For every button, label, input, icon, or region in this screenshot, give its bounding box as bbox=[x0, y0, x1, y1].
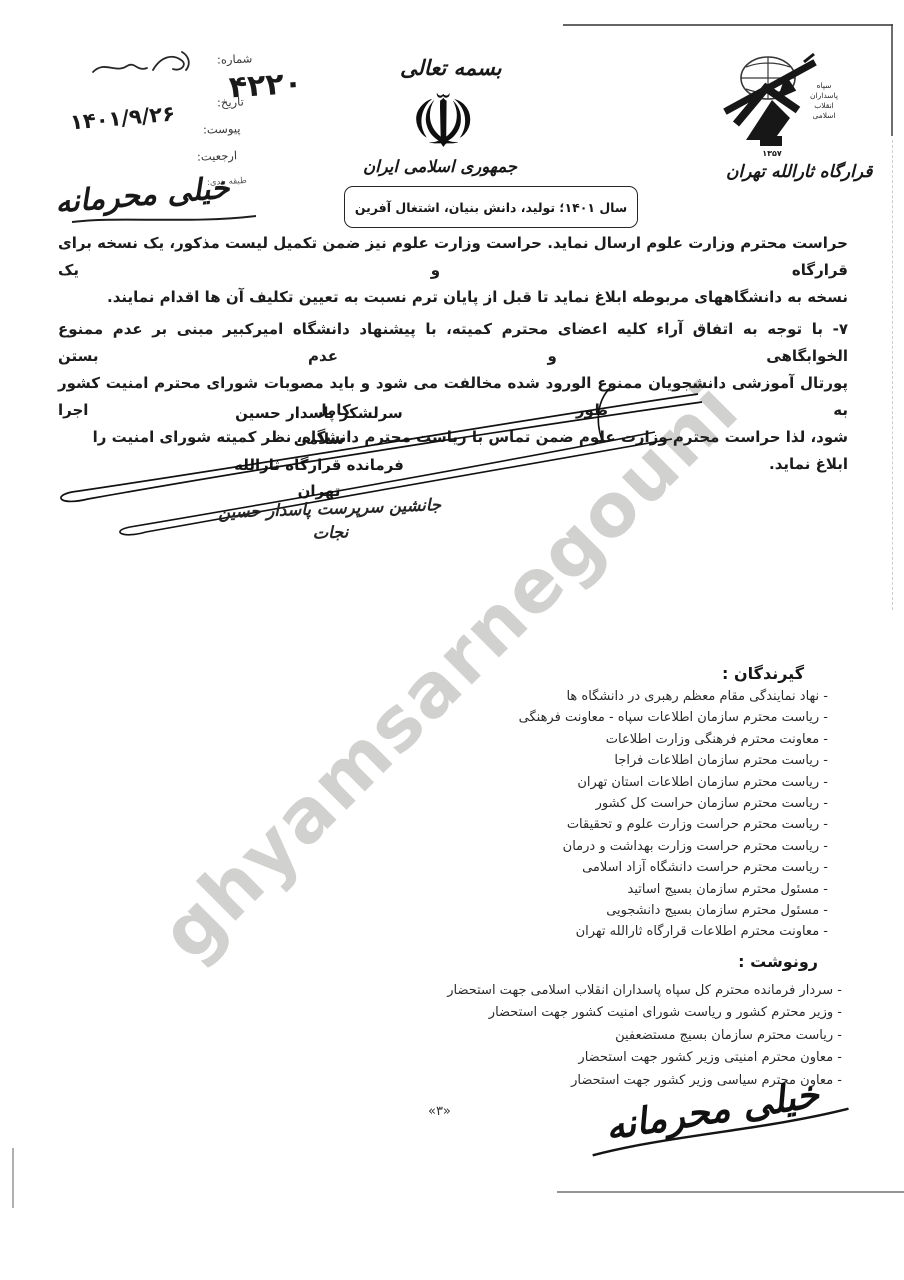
year-slogan-text: سال ۱۴۰۱؛ تولید، دانش بنیان، اشتغال آفری… bbox=[355, 200, 627, 215]
cc-item: - معاون محترم امنیتی وزیر کشور جهت استحض… bbox=[447, 1047, 842, 1069]
attachment-field-label: پیوست: bbox=[202, 121, 240, 136]
bismillah-text: بسمه تعالی bbox=[400, 56, 502, 80]
page-number: «۳» bbox=[428, 1104, 451, 1119]
handwritten-deputy-note: جانشین سرپرست پاسدار حسین نجات bbox=[204, 493, 456, 550]
cc-item: - سردار فرمانده محترم کل سپاه پاسداران ا… bbox=[447, 980, 842, 1002]
cc-list: - سردار فرمانده محترم کل سپاه پاسداران ا… bbox=[447, 980, 842, 1092]
hq-name: قرارگاه ثارالله تهران bbox=[726, 162, 872, 182]
right-margin-dashes bbox=[892, 140, 893, 610]
handwritten-scribble bbox=[85, 42, 200, 82]
recipient-item: - معاونت محترم فرهنگی وزارت اطلاعات bbox=[519, 729, 828, 750]
recipient-item: - ریاست محترم حراست وزارت علوم و تحقیقات bbox=[519, 814, 828, 835]
recipient-item: - نهاد نمایندگی مقام معظم رهبری در دانشگ… bbox=[519, 686, 828, 707]
recipient-item: - ریاست محترم سازمان اطلاعات فراجا bbox=[519, 750, 828, 771]
bottom-rule-line bbox=[557, 1191, 904, 1193]
cc-item: - ریاست محترم سازمان بسیج مستضعفین bbox=[447, 1025, 842, 1047]
recipient-item: - ریاست محترم سازمان حراست کل کشور bbox=[519, 793, 828, 814]
recipient-item: - ریاست محترم حراست دانشگاه آزاد اسلامی bbox=[519, 857, 828, 878]
irgc-year-1357: ۱۳۵۷ bbox=[762, 149, 782, 158]
irgc-logo-icon: سپاه پاسداران انقلاب اسلامی ۱۳۵۷ bbox=[716, 48, 866, 160]
iran-emblem-icon: ☫ bbox=[410, 86, 476, 158]
date-handwritten: ۱۴۰۱/۹/۲۶ bbox=[69, 101, 176, 134]
irgc-word-pasdaran: پاسداران bbox=[810, 91, 838, 100]
priority-field-label: ارجعیت: bbox=[197, 148, 238, 163]
left-edge-mark bbox=[12, 1148, 14, 1208]
top-border-line bbox=[563, 24, 893, 26]
recipients-heading: گیرندگان : bbox=[722, 664, 804, 683]
cc-heading: رونوشت : bbox=[738, 952, 818, 971]
date-field-label: تاریخ: bbox=[217, 95, 244, 110]
year-slogan-box: سال ۱۴۰۱؛ تولید، دانش بنیان، اشتغال آفری… bbox=[344, 186, 638, 228]
body-line: حراست محترم وزارت علوم ارسال نماید. حراس… bbox=[58, 230, 848, 284]
recipients-list: - نهاد نمایندگی مقام معظم رهبری در دانشگ… bbox=[519, 686, 828, 943]
irgc-word-eslami: اسلامی bbox=[812, 111, 835, 120]
recipient-item: - ریاست محترم سازمان اطلاعات استان تهران bbox=[519, 772, 828, 793]
number-field-label: شماره: bbox=[217, 51, 253, 66]
right-border-line bbox=[891, 24, 893, 136]
recipient-item: - معاونت محترم اطلاعات قرارگاه ثارالله ت… bbox=[519, 921, 828, 942]
scanned-letter-page: ghyamsarnegouni شماره: ۴۲۲۰ تاریخ: ۱۴۰۱/… bbox=[0, 0, 904, 1280]
body-line: ۷- با توجه به اتفاق آراء کلیه اعضای محتر… bbox=[58, 316, 848, 370]
classification-underline-flourish bbox=[70, 212, 260, 228]
irgc-word-sepah: سپاه bbox=[817, 81, 832, 90]
recipient-item: - ریاست محترم حراست وزارت بهداشت و درمان bbox=[519, 836, 828, 857]
recipient-item: - مسئول محترم سازمان بسیج اساتید bbox=[519, 879, 828, 900]
country-name: جمهوری اسلامی ایران bbox=[363, 157, 517, 176]
cc-item: - وزیر محترم کشور و ریاست شورای امنیت کش… bbox=[447, 1002, 842, 1024]
recipient-item: - مسئول محترم سازمان بسیج دانشجویی bbox=[519, 900, 828, 921]
recipient-item: - ریاست محترم سازمان اطلاعات سپاه - معاو… bbox=[519, 707, 828, 728]
body-line: نسخه به دانشگاههای مربوطه ابلاغ نماید تا… bbox=[58, 284, 848, 311]
irgc-word-enghelab: انقلاب bbox=[814, 101, 834, 110]
